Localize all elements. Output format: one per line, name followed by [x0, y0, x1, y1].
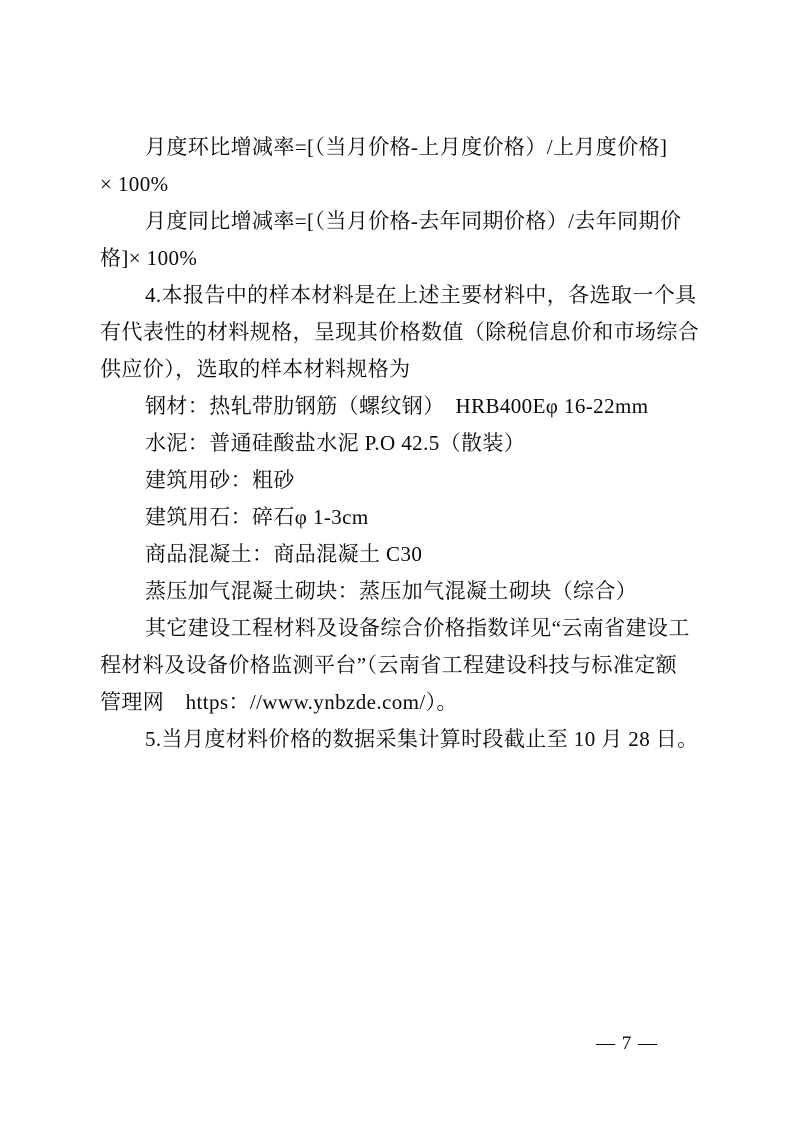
sample-steel-line: 钢材：热轧带肋钢筋（螺纹钢） HRB400Eφ 16-22mm [100, 388, 704, 425]
formula-mom-continuation: × 100% [100, 166, 704, 203]
formula-yoy-continuation: 格]× 100% [100, 240, 704, 277]
other-index-note-line3-url: 管理网 https：//www.ynbzde.com/）。 [100, 684, 704, 721]
sample-concrete-line: 商品混凝土：商品混凝土 C30 [100, 536, 704, 573]
note4-line1: 4.本报告中的样本材料是在上述主要材料中，各选取一个具 [100, 277, 704, 314]
document-body: 月度环比增减率=[（当月价格-上月度价格）/上月度价格] × 100% 月度同比… [100, 129, 704, 758]
sample-aac-block-line: 蒸压加气混凝土砌块：蒸压加气混凝土砌块（综合） [100, 573, 704, 610]
note4-line2: 有代表性的材料规格，呈现其价格数值（除税信息价和市场综合 [100, 314, 704, 351]
formula-yoy-line: 月度同比增减率=[（当月价格-去年同期价格）/去年同期价 [100, 203, 704, 240]
formula-mom-line: 月度环比增减率=[（当月价格-上月度价格）/上月度价格] [100, 129, 704, 166]
note5-line: 5.当月度材料价格的数据采集计算时段截止至 10 月 28 日。 [100, 721, 704, 758]
other-index-note-line2: 程材料及设备价格监测平台”（云南省工程建设科技与标准定额 [100, 647, 704, 684]
sample-cement-line: 水泥：普通硅酸盐水泥 P.O 42.5（散装） [100, 425, 704, 462]
sample-sand-line: 建筑用砂：粗砂 [100, 462, 704, 499]
sample-stone-line: 建筑用石：碎石φ 1-3cm [100, 499, 704, 536]
document-page: 月度环比增减率=[（当月价格-上月度价格）/上月度价格] × 100% 月度同比… [0, 0, 793, 1122]
other-index-note-line1: 其它建设工程材料及设备综合价格指数详见“云南省建设工 [100, 610, 704, 647]
note4-line3: 供应价），选取的样本材料规格为 [100, 351, 704, 388]
page-number: — 7 — [596, 1033, 658, 1055]
